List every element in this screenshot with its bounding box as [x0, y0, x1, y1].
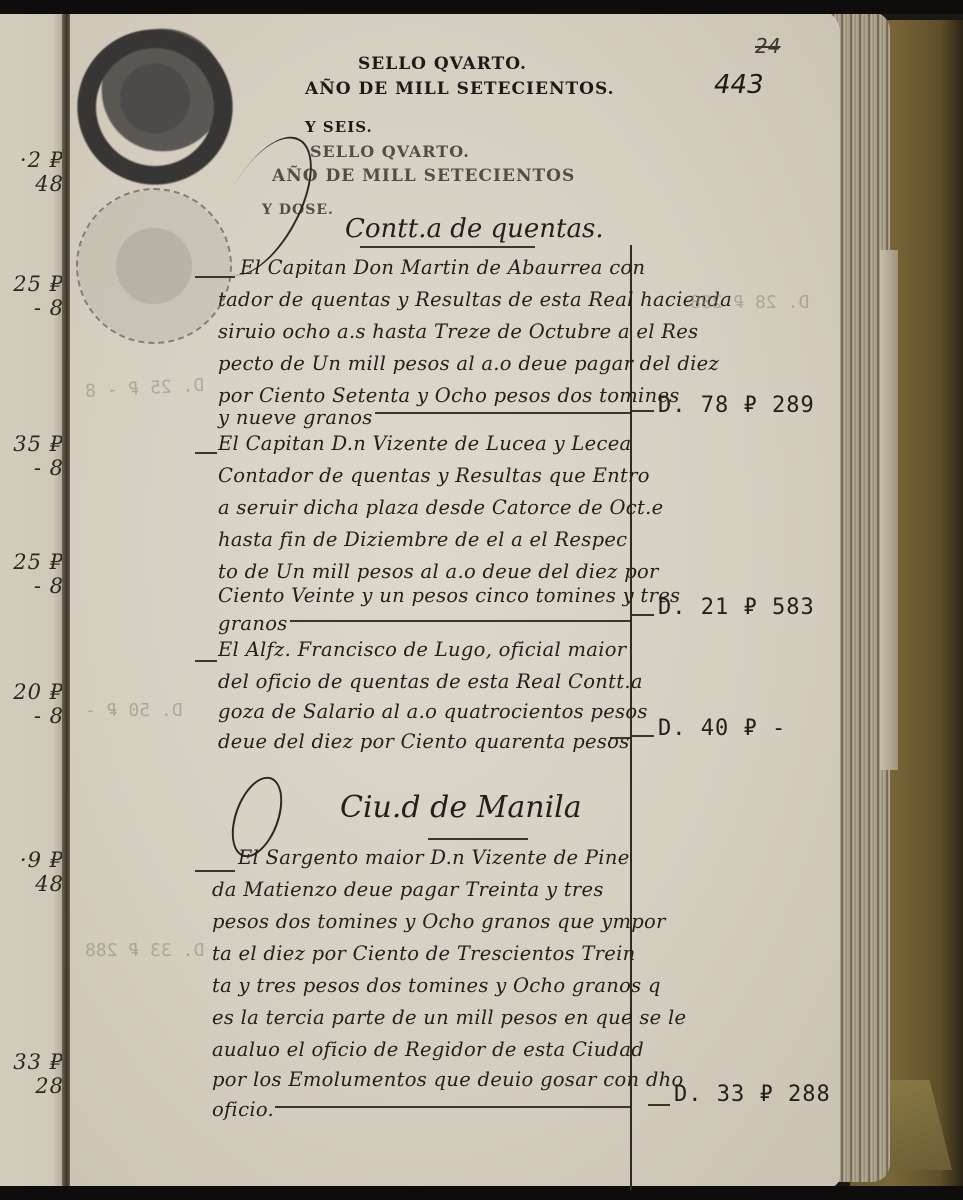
- stamp-line: SELLO QVARTO.: [358, 54, 527, 74]
- entry-line: pesos dos tomines y Ocho granos que ympo…: [212, 910, 666, 933]
- entry-end-rule: [290, 620, 630, 622]
- entry-line: El Sargento maior D.n Vizente de Pine: [238, 846, 630, 869]
- bleed-through-amount: D. 28 ₽ 288: [690, 292, 809, 313]
- stamp-line: AÑO DE MILL SETECIENTOS.: [305, 79, 615, 99]
- bleed-through-amount: D. 33 ₽ 288: [85, 940, 204, 961]
- bleed-through-amount: D. 50 ₽ -: [85, 700, 183, 721]
- amount-dash: [648, 1104, 670, 1106]
- entry-line: Ciento Veinte y un pesos cinco tomines y…: [218, 584, 680, 607]
- stamp-line: AÑO DE MILL SETECIENTOS: [272, 166, 575, 186]
- entry-line: tador de quentas y Resultas de esta Real…: [218, 288, 732, 311]
- entry-amount: D. 78 ₽ 289: [658, 393, 815, 418]
- entry-line: Contador de quentas y Resultas que Entro: [218, 464, 650, 487]
- entry-line: aualuo el oficio de Regidor de esta Ciud…: [212, 1038, 644, 1061]
- bottom-shadow: [0, 1186, 963, 1200]
- left-margin-amount: 33 ₽ 28: [2, 1050, 64, 1098]
- left-margin-amount: ·2 ₽ 48: [2, 148, 64, 196]
- entry-line: deue del diez por Ciento quarenta pesos: [218, 730, 630, 753]
- entry-line: a seruir dicha plaza desde Catorce de Oc…: [218, 496, 663, 519]
- embossed-seal-stamp-icon: [76, 188, 232, 344]
- entry-line: siruio ocho a.s hasta Treze de Octubre a…: [218, 320, 698, 343]
- left-margin-amount: 35 ₽ - 8: [2, 432, 64, 480]
- left-margin-amount: 25 ₽ - 8: [2, 550, 64, 598]
- stamp-line: Y SEIS.: [305, 118, 373, 136]
- top-shadow: [0, 0, 963, 14]
- previous-page: ·2 ₽ 48 25 ₽ - 8 35 ₽ - 8 25 ₽ - 8 20 ₽ …: [0, 10, 66, 1192]
- scanned-ledger-scene: ·2 ₽ 48 25 ₽ - 8 35 ₽ - 8 25 ₽ - 8 20 ₽ …: [0, 0, 963, 1200]
- entry-amount: D. 40 ₽ -: [658, 716, 786, 741]
- entry-dash: [195, 276, 235, 278]
- left-margin-amount: 20 ₽ - 8: [2, 680, 64, 728]
- heading-underline: [360, 246, 535, 248]
- amount-dash: [632, 614, 654, 616]
- entry-dash: [195, 870, 235, 872]
- entry-end-rule: [275, 1106, 630, 1108]
- entry-amount: D. 21 ₽ 583: [658, 595, 815, 620]
- folio-number: 443: [714, 70, 764, 100]
- entry-line: por Ciento Setenta y Ocho pesos dos tomi…: [218, 384, 680, 407]
- struck-folio-number: 24: [755, 34, 780, 58]
- entry-end-rule: [375, 412, 630, 414]
- stamp-line: SELLO QVARTO.: [310, 142, 470, 161]
- entry-line: El Alfz. Francisco de Lugo, oficial maio…: [218, 638, 626, 661]
- entry-line: El Capitan Don Martin de Abaurrea con: [240, 256, 645, 279]
- entry-line: pecto de Un mill pesos al a.o deue pagar…: [218, 352, 719, 375]
- royal-seal-stamp-icon: [75, 22, 235, 192]
- entry-line: oficio.: [212, 1098, 274, 1121]
- entry-line: goza de Salario al a.o quatrocientos pes…: [218, 700, 648, 723]
- entry-line: El Capitan D.n Vizente de Lucea y Lecea: [218, 432, 631, 455]
- heading-underline: [428, 838, 528, 840]
- left-margin-amount: ·9 ₽ 48: [2, 848, 64, 896]
- amount-dash: [632, 410, 654, 412]
- entry-line: del oficio de quentas de esta Real Contt…: [218, 670, 643, 693]
- entry-dash: [195, 660, 217, 662]
- section-heading: Ciu.d de Manila: [340, 790, 582, 825]
- entry-line: to de Un mill pesos al a.o deue del diez…: [218, 560, 659, 583]
- amount-dash: [632, 735, 654, 737]
- entry-line: da Matienzo deue pagar Treinta y tres: [212, 878, 604, 901]
- entry-amount: D. 33 ₽ 288: [674, 1082, 831, 1107]
- page-tab-strip: [880, 250, 898, 770]
- entry-line: ta y tres pesos dos tomines y Ocho grano…: [212, 974, 661, 997]
- entry-line: por los Emolumentos que deuio gosar con …: [212, 1068, 684, 1091]
- entry-line: granos: [218, 612, 288, 635]
- entry-line: es la tercia parte de un mill pesos en q…: [212, 1006, 686, 1029]
- left-margin-amount: 25 ₽ - 8: [2, 272, 64, 320]
- entry-dash: [195, 452, 217, 454]
- entry-end-rule: [610, 737, 630, 739]
- entry-line: ta el diez por Ciento de Trescientos Tre…: [212, 942, 636, 965]
- entry-line: y nueve granos: [218, 406, 373, 429]
- section-heading: Contt.a de quentas.: [345, 214, 604, 244]
- entry-line: hasta fin de Diziembre de el a el Respec: [218, 528, 627, 551]
